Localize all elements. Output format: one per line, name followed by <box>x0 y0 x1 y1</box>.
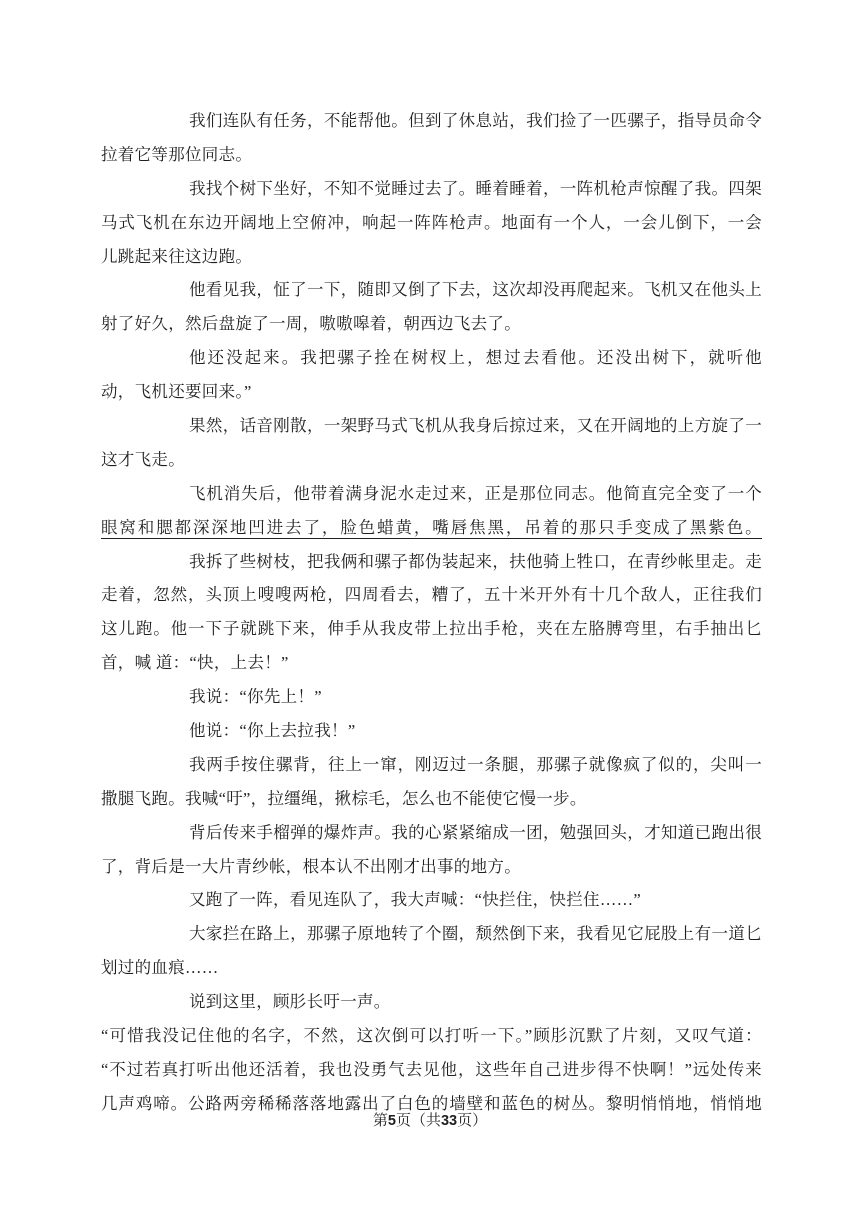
text-line-content: 动，飞机还要回来。” <box>101 382 252 401</box>
text-line-content: 又跑了一阵，看见连队了，我大声喊：“快拦住，快拦住……” <box>189 890 641 909</box>
text-line: 马式飞机在东边开阔地上空俯冲，响起一阵阵枪声。地面有一个人，一会儿倒下，一会 <box>101 206 762 240</box>
text-line-content: 这儿跑。他一下子就跳下来，伸手从我皮带上拉出手枪，夹在左胳膊弯里，右手抽出匕 <box>101 619 762 638</box>
text-line-content: 儿跳起来往这边跑。 <box>101 247 252 266</box>
text-line: 儿跳起来往这边跑。 <box>101 240 762 274</box>
text-line: 撒腿飞跑。我喊“吁”，拉缰绳，揪棕毛，怎么也不能使它慢一步。 <box>101 782 762 816</box>
footer-suffix: 页） <box>457 1113 487 1129</box>
text-line-content: 划过的血痕…… <box>101 958 219 977</box>
text-line: 他还没起来。我把骡子拴在树杈上，想过去看他。还没出树下，就听他喊：“别 <box>101 341 762 375</box>
text-line-content: 他说：“你上去拉我！” <box>189 721 355 740</box>
text-line-content: 我两手按住骡背，往上一窜，刚迈过一条腿，那骡子就像疯了似的，尖叫一声， <box>101 755 762 782</box>
text-line-content: 他还没起来。我把骡子拴在树杈上，想过去看他。还没出树下，就听他喊：“别 <box>101 348 762 375</box>
text-line-content: 撒腿飞跑。我喊“吁”，拉缰绳，揪棕毛，怎么也不能使它慢一步。 <box>101 789 587 808</box>
text-line: 动，飞机还要回来。” <box>101 375 762 409</box>
text-line-content: 首，喊 道：“快，上去！” <box>101 653 289 672</box>
text-line: “不过若真打听出他还活着，我也没勇气去见他，这些年自己进步得不快啊！”远处传来 <box>101 1053 762 1087</box>
text-line-content: “不过若真打听出他还活着，我也没勇气去见他，这些年自己进步得不快啊！”远处传来 <box>101 1060 762 1079</box>
text-line: 说到这里，顾肜长吁一声。 <box>101 985 762 1019</box>
text-line: “可惜我没记住他的名字，不然，这次倒可以打听一下。”顾肜沉默了片刻，又叹气道： <box>101 1019 762 1053</box>
text-line-content: 我们连队有任务，不能帮他。但到了休息站，我们捡了一匹骡子，指导员命令我 <box>101 111 762 138</box>
text-line: 眼窝和腮都深深地凹进去了，脸色蜡黄，嘴唇焦黑，吊着的那只手变成了黑紫色。 <box>101 511 762 545</box>
text-line: 背后传来手榴弹的爆炸声。我的心紧紧缩成一团，勉强回头，才知道已跑出很远 <box>101 816 762 850</box>
text-line: 这才飞走。 <box>101 443 762 477</box>
text-line: 我拆了些树枝，把我俩和骡子都伪装起来，扶他骑上牲口，在青纱帐里走。走着 <box>101 545 762 579</box>
text-line-content: 大家拦在路上，那骡子原地转了个圈，颓然倒下来，我看见它屁股上有一道匕首 <box>101 924 762 951</box>
text-line: 了，背后是一大片青纱帐，根本认不出刚才出事的地方。 <box>101 850 762 884</box>
text-line-content: 拉着它等那位同志。 <box>101 145 252 164</box>
text-line: 果然，话音刚散，一架野马式飞机从我身后掠过来，又在开阔地的上方旋了一圈， <box>101 409 762 443</box>
text-line: 我找个树下坐好，不知不觉睡过去了。睡着睡着，一阵机枪声惊醒了我。四架野 <box>101 172 762 206</box>
text-line: 他看见我，怔了一下，随即又倒了下去，这次却没再爬起来。飞机又在他头上扫 <box>101 273 762 307</box>
text-line: 射了好久，然后盘旋了一周，嗷嗷嗥着，朝西边飞去了。 <box>101 307 762 341</box>
text-line: 他说：“你上去拉我！” <box>101 714 762 748</box>
text-line: 首，喊 道：“快，上去！” <box>101 646 762 680</box>
footer-total-pages: 33 <box>441 1113 457 1129</box>
document-page: 我们连队有任务，不能帮他。但到了休息站，我们捡了一匹骡子，指导员命令我拉着它等那… <box>0 0 860 1216</box>
text-line: 飞机消失后，他带着满身泥水走过来，正是那位同志。他简直完全变了一个人， <box>101 477 762 511</box>
footer-prefix: 第 <box>373 1113 388 1129</box>
text-line-content: “可惜我没记住他的名字，不然，这次倒可以打听一下。”顾肜沉默了片刻，又叹气道： <box>101 1026 762 1045</box>
text-line-content: 这才飞走。 <box>101 450 185 469</box>
text-line-content: 走着，忽然，头顶上嗖嗖两枪，四周看去，糟了，五十米开外有十几个敌人，正往我们 <box>101 585 762 604</box>
text-line: 我两手按住骡背，往上一窜，刚迈过一条腿，那骡子就像疯了似的，尖叫一声， <box>101 748 762 782</box>
text-line-content: 背后传来手榴弹的爆炸声。我的心紧紧缩成一团，勉强回头，才知道已跑出很远 <box>101 823 762 850</box>
text-line: 又跑了一阵，看见连队了，我大声喊：“快拦住，快拦住……” <box>101 883 762 917</box>
text-line: 走着，忽然，头顶上嗖嗖两枪，四周看去，糟了，五十米开外有十几个敌人，正往我们 <box>101 578 762 612</box>
footer-mid: 页（共 <box>396 1113 441 1129</box>
page-footer: 第5页（共33页） <box>0 1110 860 1132</box>
text-body: 我们连队有任务，不能帮他。但到了休息站，我们捡了一匹骡子，指导员命令我拉着它等那… <box>101 104 762 1121</box>
text-line: 大家拦在路上，那骡子原地转了个圈，颓然倒下来，我看见它屁股上有一道匕首 <box>101 917 762 951</box>
text-line-content: 了，背后是一大片青纱帐，根本认不出刚才出事的地方。 <box>101 857 521 876</box>
text-line-content: 马式飞机在东边开阔地上空俯冲，响起一阵阵枪声。地面有一个人，一会儿倒下，一会 <box>101 213 762 232</box>
text-line: 拉着它等那位同志。 <box>101 138 762 172</box>
text-line: 我说：“你先上！” <box>101 680 762 714</box>
text-line-content: 眼窝和腮都深深地凹进去了，脸色蜡黄，嘴唇焦黑，吊着的那只手变成了黑紫色。 <box>101 518 762 537</box>
text-line-content: 他看见我，怔了一下，随即又倒了下去，这次却没再爬起来。飞机又在他头上扫 <box>101 280 762 307</box>
text-line-content: 我拆了些树枝，把我俩和骡子都伪装起来，扶他骑上牲口，在青纱帐里走。走着 <box>101 552 762 579</box>
text-line: 这儿跑。他一下子就跳下来，伸手从我皮带上拉出手枪，夹在左胳膊弯里，右手抽出匕 <box>101 612 762 646</box>
text-line-content: 射了好久，然后盘旋了一周，嗷嗷嗥着，朝西边飞去了。 <box>101 314 521 333</box>
text-line-content: 我找个树下坐好，不知不觉睡过去了。睡着睡着，一阵机枪声惊醒了我。四架野 <box>101 179 762 206</box>
text-line: 我们连队有任务，不能帮他。但到了休息站，我们捡了一匹骡子，指导员命令我 <box>101 104 762 138</box>
text-line-content: 飞机消失后，他带着满身泥水走过来，正是那位同志。他简直完全变了一个人， <box>101 484 762 511</box>
text-line-content: 我说：“你先上！” <box>189 687 322 706</box>
text-line: 划过的血痕…… <box>101 951 762 985</box>
footer-current-page: 5 <box>388 1113 396 1129</box>
text-line-content: 说到这里，顾肜长吁一声。 <box>189 992 391 1011</box>
text-line-content: 果然，话音刚散，一架野马式飞机从我身后掠过来，又在开阔地的上方旋了一圈， <box>101 416 762 443</box>
